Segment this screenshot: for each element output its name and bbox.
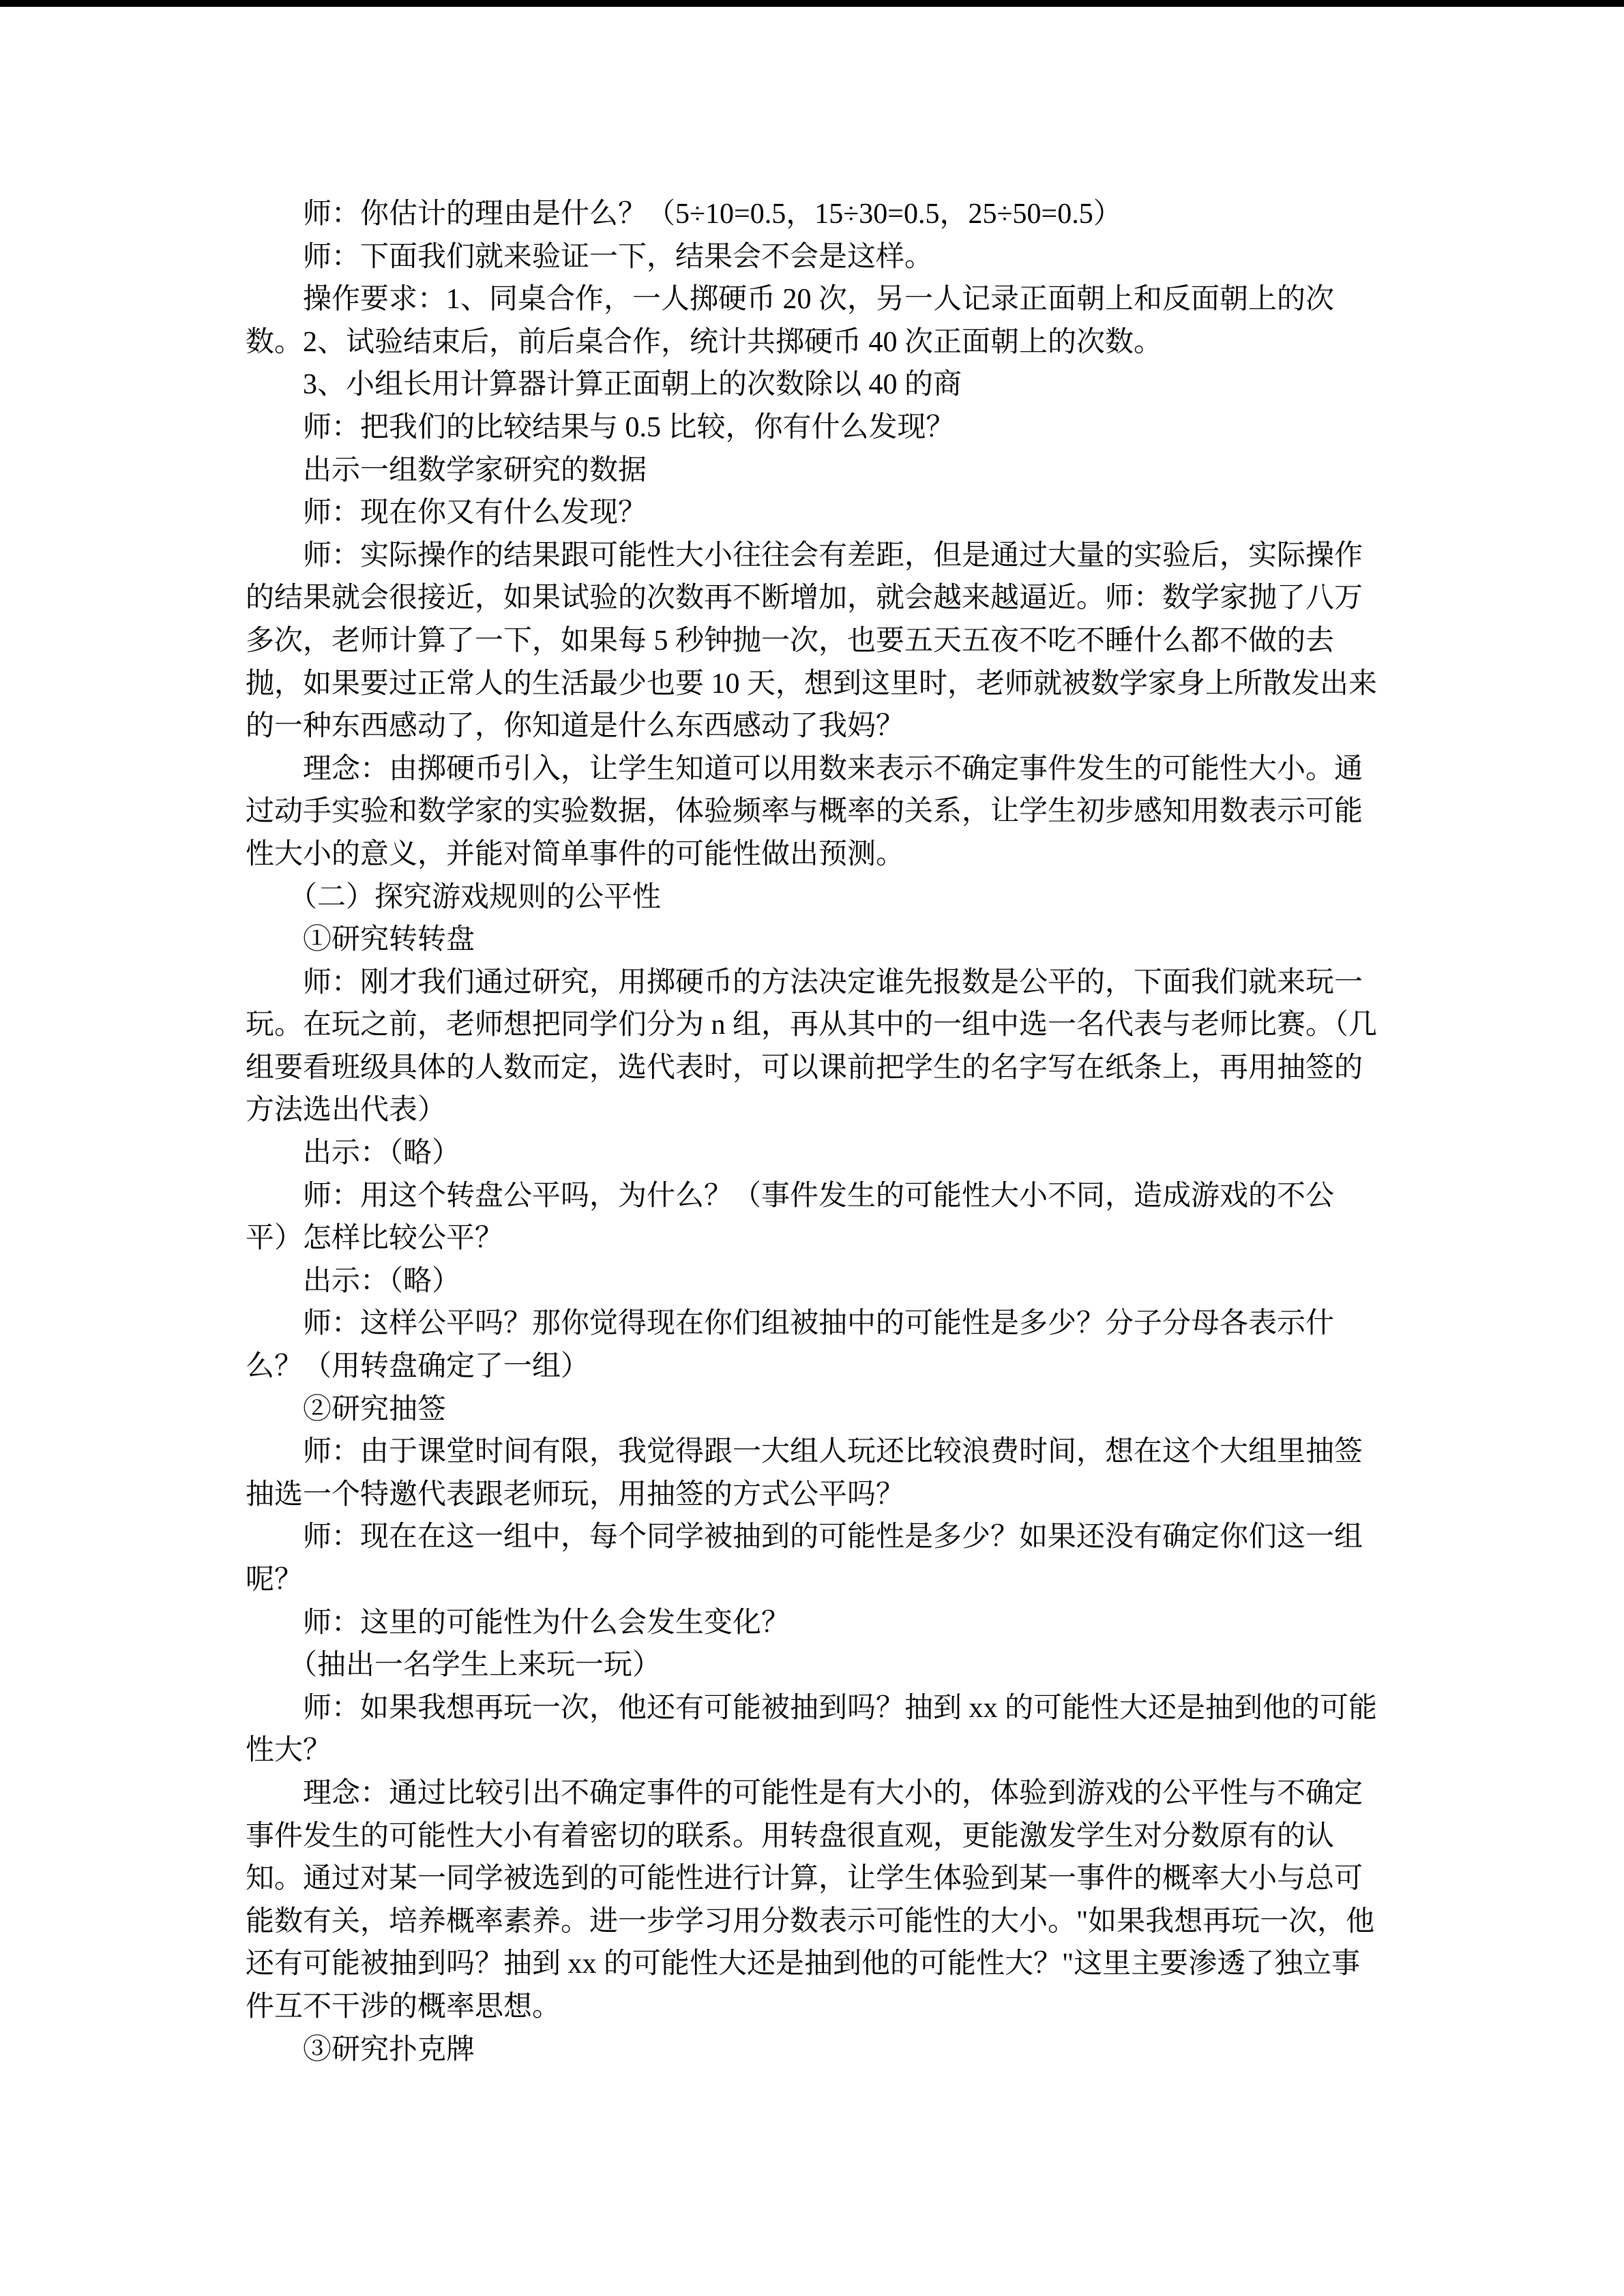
text-line: 操作要求：1、同桌合作，一人掷硬币 20 次，另一人记录正面朝上和反面朝上的次 <box>246 278 1398 321</box>
text-line: 师：这里的可能性为什么会发生变化？ <box>246 1602 1398 1645</box>
text-line: 的结果就会很接近，如果试验的次数再不断增加，就会越来越逼近。师：数学家抛了八万 <box>246 577 1398 620</box>
text-line: 师：用这个转盘公平吗，为什么？（事件发生的可能性大小不同，造成游戏的不公 <box>246 1175 1398 1218</box>
text-line: 抽选一个特邀代表跟老师玩，用抽签的方式公平吗？ <box>246 1474 1398 1517</box>
text-line: ③研究扑克牌 <box>246 2029 1398 2072</box>
text-line: 出示一组数学家研究的数据 <box>246 449 1398 492</box>
text-line: 过动手实验和数学家的实验数据，体验频率与概率的关系，让学生初步感知用数表示可能 <box>246 790 1398 833</box>
text-line: 性大小的意义，并能对简单事件的可能性做出预测。 <box>246 833 1398 876</box>
lesson-plan-text: 师：你估计的理由是什么？（5÷10=0.5，15÷30=0.5，25÷50=0.… <box>246 193 1398 2071</box>
page-top-border <box>0 0 1624 7</box>
text-line: 师：实际操作的结果跟可能性大小往往会有差距，但是通过大量的实验后，实际操作 <box>246 535 1398 578</box>
text-line: 师：由于课堂时间有限，我觉得跟一大组人玩还比较浪费时间，想在这个大组里抽签 <box>246 1431 1398 1474</box>
text-line: 性大？ <box>246 1729 1398 1772</box>
text-line: 能数有关，培养概率素养。进一步学习用分数表示可能性的大小。"如果我想再玩一次，他 <box>246 1900 1398 1943</box>
text-line: 事件发生的可能性大小有着密切的联系。用转盘很直观，更能激发学生对分数原有的认 <box>246 1815 1398 1858</box>
text-line: 呢？ <box>246 1559 1398 1602</box>
text-line: 还有可能被抽到吗？抽到 xx 的可能性大还是抽到他的可能性大？"这里主要渗透了独… <box>246 1943 1398 1986</box>
text-line: 出示：（略） <box>246 1132 1398 1175</box>
text-line: 理念：由掷硬币引入，让学生知道可以用数来表示不确定事件发生的可能性大小。通 <box>246 748 1398 791</box>
text-line: 么？（用转盘确定了一组） <box>246 1345 1398 1388</box>
text-line: 师：把我们的比较结果与 0.5 比较，你有什么发现？ <box>246 406 1398 449</box>
text-line: 的一种东西感动了，你知道是什么东西感动了我妈？ <box>246 705 1398 748</box>
text-line: 3、小组长用计算器计算正面朝上的次数除以 40 的商 <box>246 363 1398 406</box>
text-line: 玩。在玩之前，老师想把同学们分为 n 组，再从其中的一组中选一名代表与老师比赛。… <box>246 1004 1398 1047</box>
text-line: 师：现在你又有什么发现？ <box>246 492 1398 535</box>
text-line: 师：现在在这一组中，每个同学被抽到的可能性是多少？如果还没有确定你们这一组 <box>246 1516 1398 1559</box>
text-line: 平）怎样比较公平？ <box>246 1217 1398 1260</box>
text-line: ①研究转转盘 <box>246 919 1398 961</box>
text-line: 多次，老师计算了一下，如果每 5 秒钟抛一次，也要五天五夜不吃不睡什么都不做的去 <box>246 620 1398 663</box>
text-line: 理念：通过比较引出不确定事件的可能性是有大小的，体验到游戏的公平性与不确定 <box>246 1772 1398 1815</box>
text-line: 师：你估计的理由是什么？（5÷10=0.5，15÷30=0.5，25÷50=0.… <box>246 193 1398 236</box>
text-line: 件互不干涉的概率思想。 <box>246 1986 1398 2029</box>
text-line: 师：如果我想再玩一次，他还有可能被抽到吗？抽到 xx 的可能性大还是抽到他的可能 <box>246 1687 1398 1730</box>
text-line: 数。2、试验结束后，前后桌合作，统计共掷硬币 40 次正面朝上的次数。 <box>246 321 1398 364</box>
text-line: ②研究抽签 <box>246 1388 1398 1431</box>
text-line: 师：下面我们就来验证一下，结果会不会是这样。 <box>246 236 1398 279</box>
text-line: （二）探究游戏规则的公平性 <box>246 876 1398 919</box>
text-line: 知。通过对某一同学被选到的可能性进行计算，让学生体验到某一事件的概率大小与总可 <box>246 1858 1398 1900</box>
text-line: 出示：（略） <box>246 1260 1398 1303</box>
text-line: 组要看班级具体的人数而定，选代表时，可以课前把学生的名字写在纸条上，再用抽签的 <box>246 1047 1398 1090</box>
text-line: （抽出一名学生上来玩一玩） <box>246 1644 1398 1687</box>
text-line: 师：刚才我们通过研究，用掷硬币的方法决定谁先报数是公平的，下面我们就来玩一 <box>246 961 1398 1004</box>
text-line: 抛，如果要过正常人的生活最少也要 10 天，想到这里时，老师就被数学家身上所散发… <box>246 663 1398 706</box>
text-line: 师：这样公平吗？那你觉得现在你们组被抽中的可能性是多少？分子分母各表示什 <box>246 1302 1398 1345</box>
text-line: 方法选出代表） <box>246 1089 1398 1132</box>
